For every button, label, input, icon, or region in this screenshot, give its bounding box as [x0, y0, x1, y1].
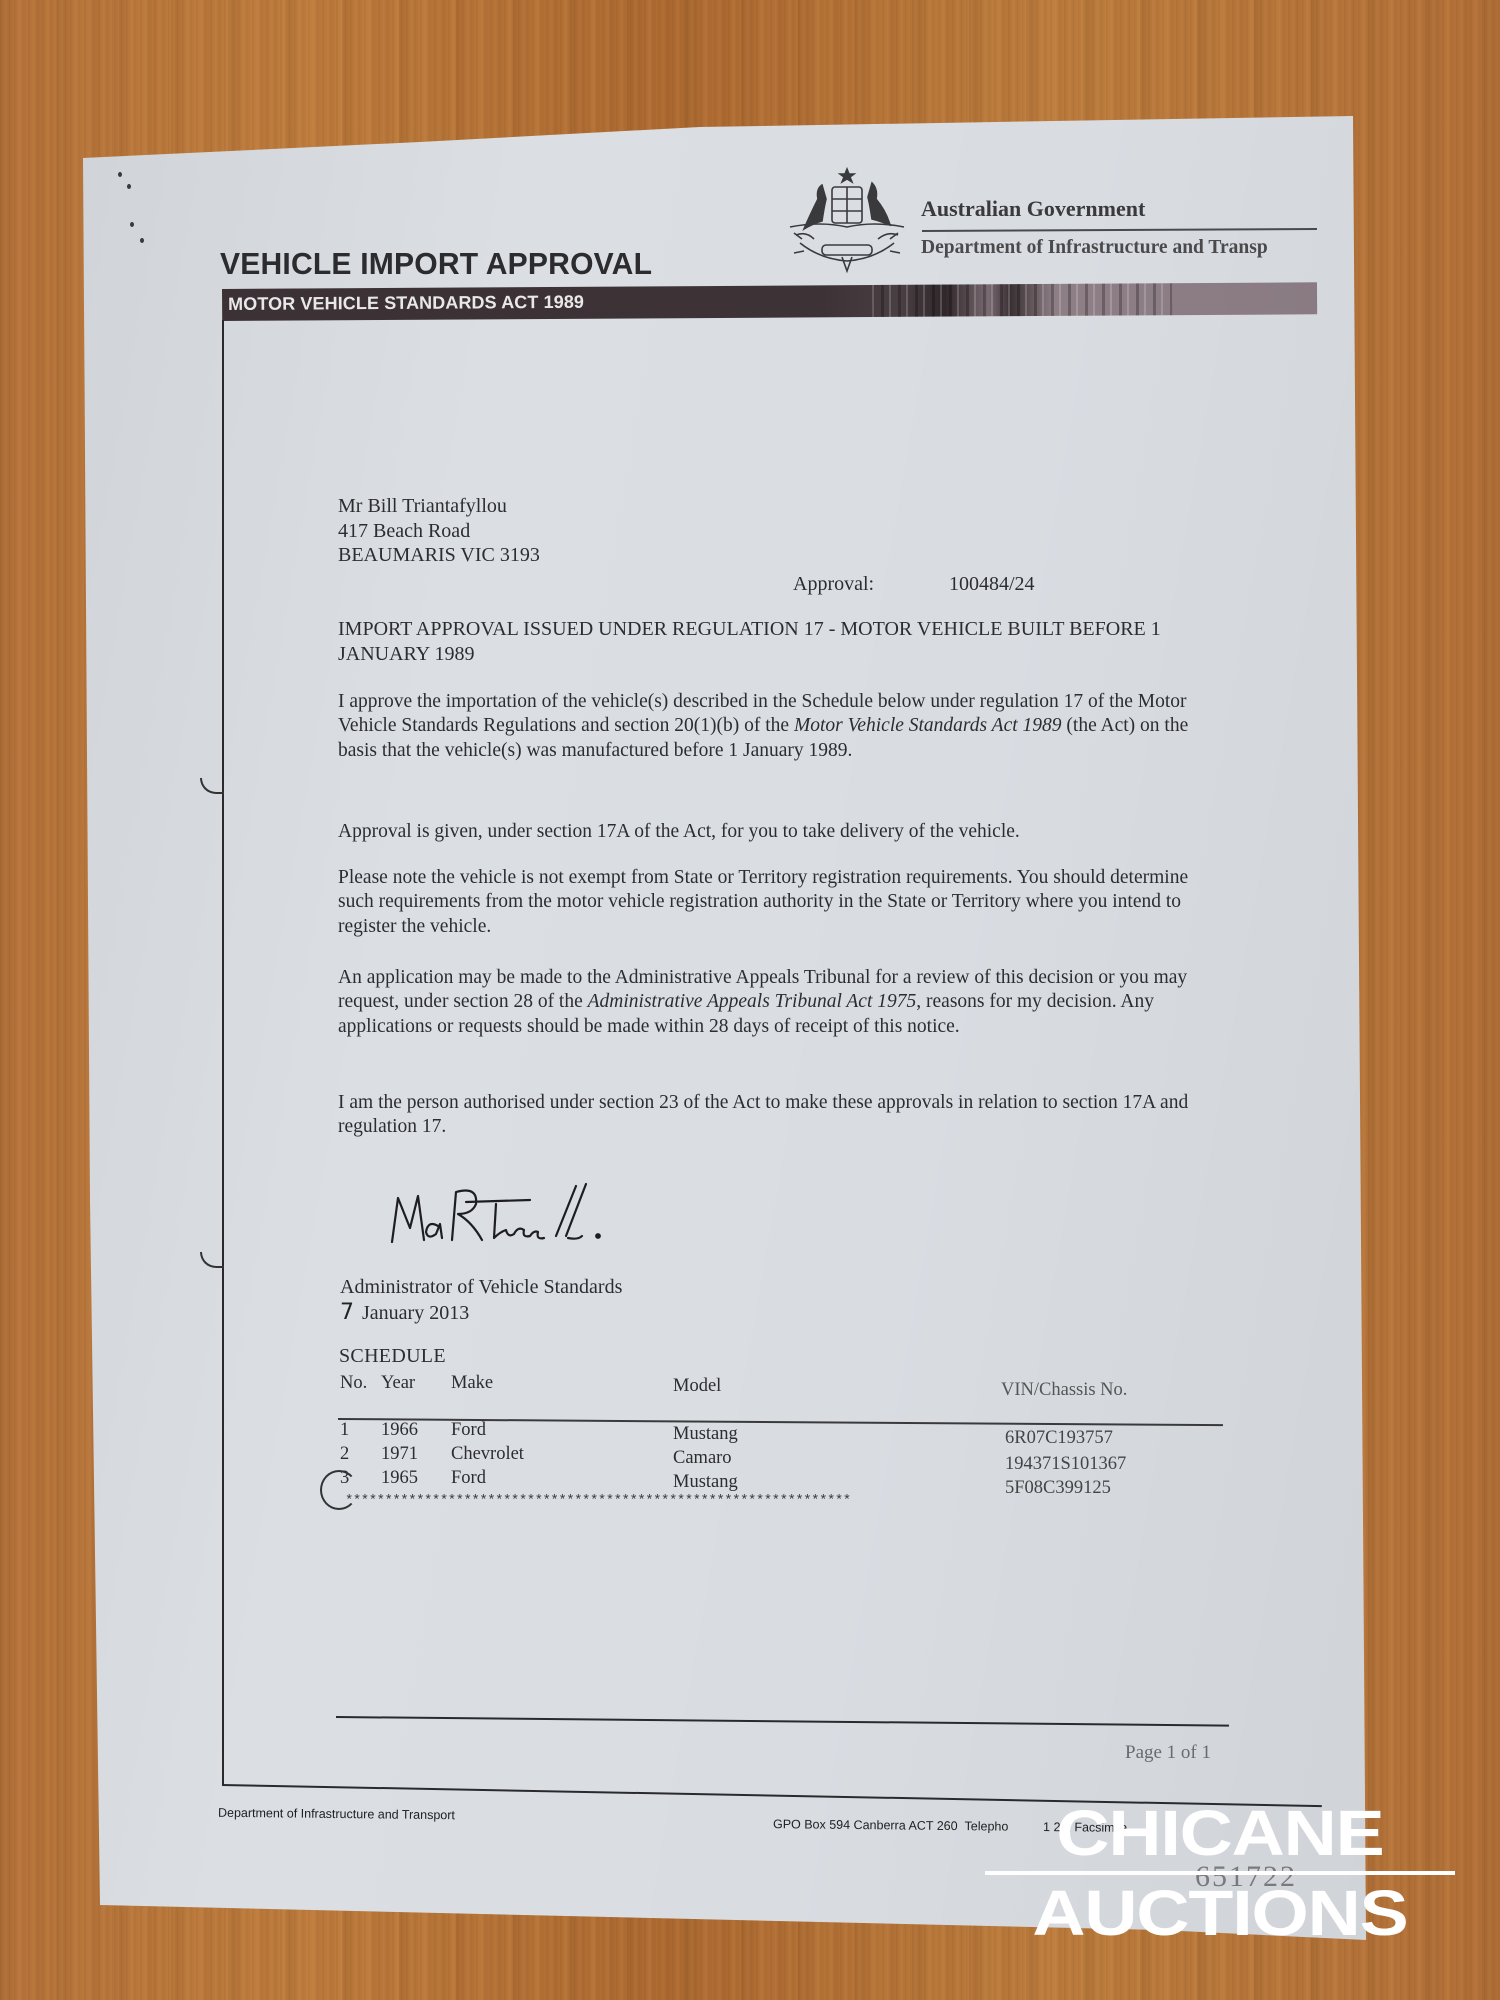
date-month-year: January 2013 [362, 1302, 469, 1324]
band-scan-bars [872, 283, 1172, 317]
logo-line-1: CHICANE [950, 1805, 1491, 1861]
handwritten-day: 7 [340, 1300, 354, 1325]
handwritten-signature [380, 1180, 630, 1260]
paragraph-authority: I am the person authorised under section… [338, 1091, 1218, 1140]
col-header-model: Model [673, 1376, 721, 1397]
paragraph-review-rights: An application may be made to the Admini… [338, 966, 1218, 1039]
logo-divider [985, 1871, 1455, 1875]
row-2-year: 1971 [381, 1444, 418, 1465]
row-1-vin: 6R07C193757 [1005, 1428, 1113, 1449]
frame-left-border [222, 320, 224, 1786]
document-title: VEHICLE IMPORT APPROVAL [220, 246, 652, 282]
recipient-locality: BEAUMARIS VIC 3193 [338, 543, 540, 568]
act-band-label: MOTOR VEHICLE STANDARDS ACT 1989 [228, 292, 584, 315]
row-2-no: 2 [340, 1444, 349, 1465]
row-3-year: 1965 [381, 1468, 418, 1489]
page-number: Page 1 of 1 [1125, 1742, 1211, 1764]
paragraph-delivery: Approval is given, under section 17A of … [338, 820, 1218, 844]
signatory-role: Administrator of Vehicle Standards [340, 1276, 622, 1299]
recipient-name: Mr Bill Triantafyllou [338, 494, 540, 519]
recipient-street: 417 Beach Road [338, 519, 540, 544]
approval-number: 100484/24 [949, 573, 1035, 596]
col-header-no: No. [340, 1373, 367, 1394]
schedule-title: SCHEDULE [339, 1345, 446, 1368]
logo-line-2: AUCTIONS [950, 1885, 1491, 1941]
approval-heading: IMPORT APPROVAL ISSUED UNDER REGULATION … [338, 617, 1218, 667]
row-1-year: 1966 [381, 1420, 418, 1441]
paragraph-registration-note: Please note the vehicle is not exempt fr… [338, 866, 1218, 939]
act-citation: Motor Vehicle Standards Act 1989 [794, 715, 1062, 736]
row-2-vin: 194371S101367 [1005, 1454, 1126, 1475]
chicane-auctions-logo: CHICANE AUCTIONS [985, 1805, 1455, 1941]
act-band: MOTOR VEHICLE STANDARDS ACT 1989 [222, 282, 1317, 321]
paragraph-approval-basis: I approve the importation of the vehicle… [338, 690, 1218, 763]
row-3-model: Mustang [673, 1472, 738, 1493]
row-1-no: 1 [340, 1420, 349, 1441]
recipient-address: Mr Bill Triantafyllou 417 Beach Road BEA… [338, 494, 540, 568]
row-2-make: Chevrolet [451, 1444, 524, 1465]
col-header-make: Make [451, 1373, 493, 1394]
department-name: Department of Infrastructure and Transp [921, 237, 1268, 259]
approval-label: Approval: [793, 573, 874, 596]
footer-department: Department of Infrastructure and Transpo… [218, 1806, 455, 1822]
col-header-vin: VIN/Chassis No. [1001, 1380, 1127, 1401]
row-3-make: Ford [451, 1468, 486, 1489]
schedule-end-asterisks: ****************************************… [345, 1493, 851, 1509]
government-name: Australian Government [921, 196, 1145, 222]
row-1-make: Ford [451, 1420, 486, 1441]
australian-coat-of-arms-icon [782, 165, 912, 277]
signature-date: 7January 2013 [340, 1300, 469, 1325]
col-header-year: Year [381, 1373, 415, 1394]
aat-act-citation: Administrative Appeals Tribunal Act 1975 [588, 991, 917, 1012]
row-2-model: Camaro [673, 1448, 732, 1469]
row-3-vin: 5F08C399125 [1005, 1478, 1111, 1499]
row-1-model: Mustang [673, 1424, 738, 1445]
